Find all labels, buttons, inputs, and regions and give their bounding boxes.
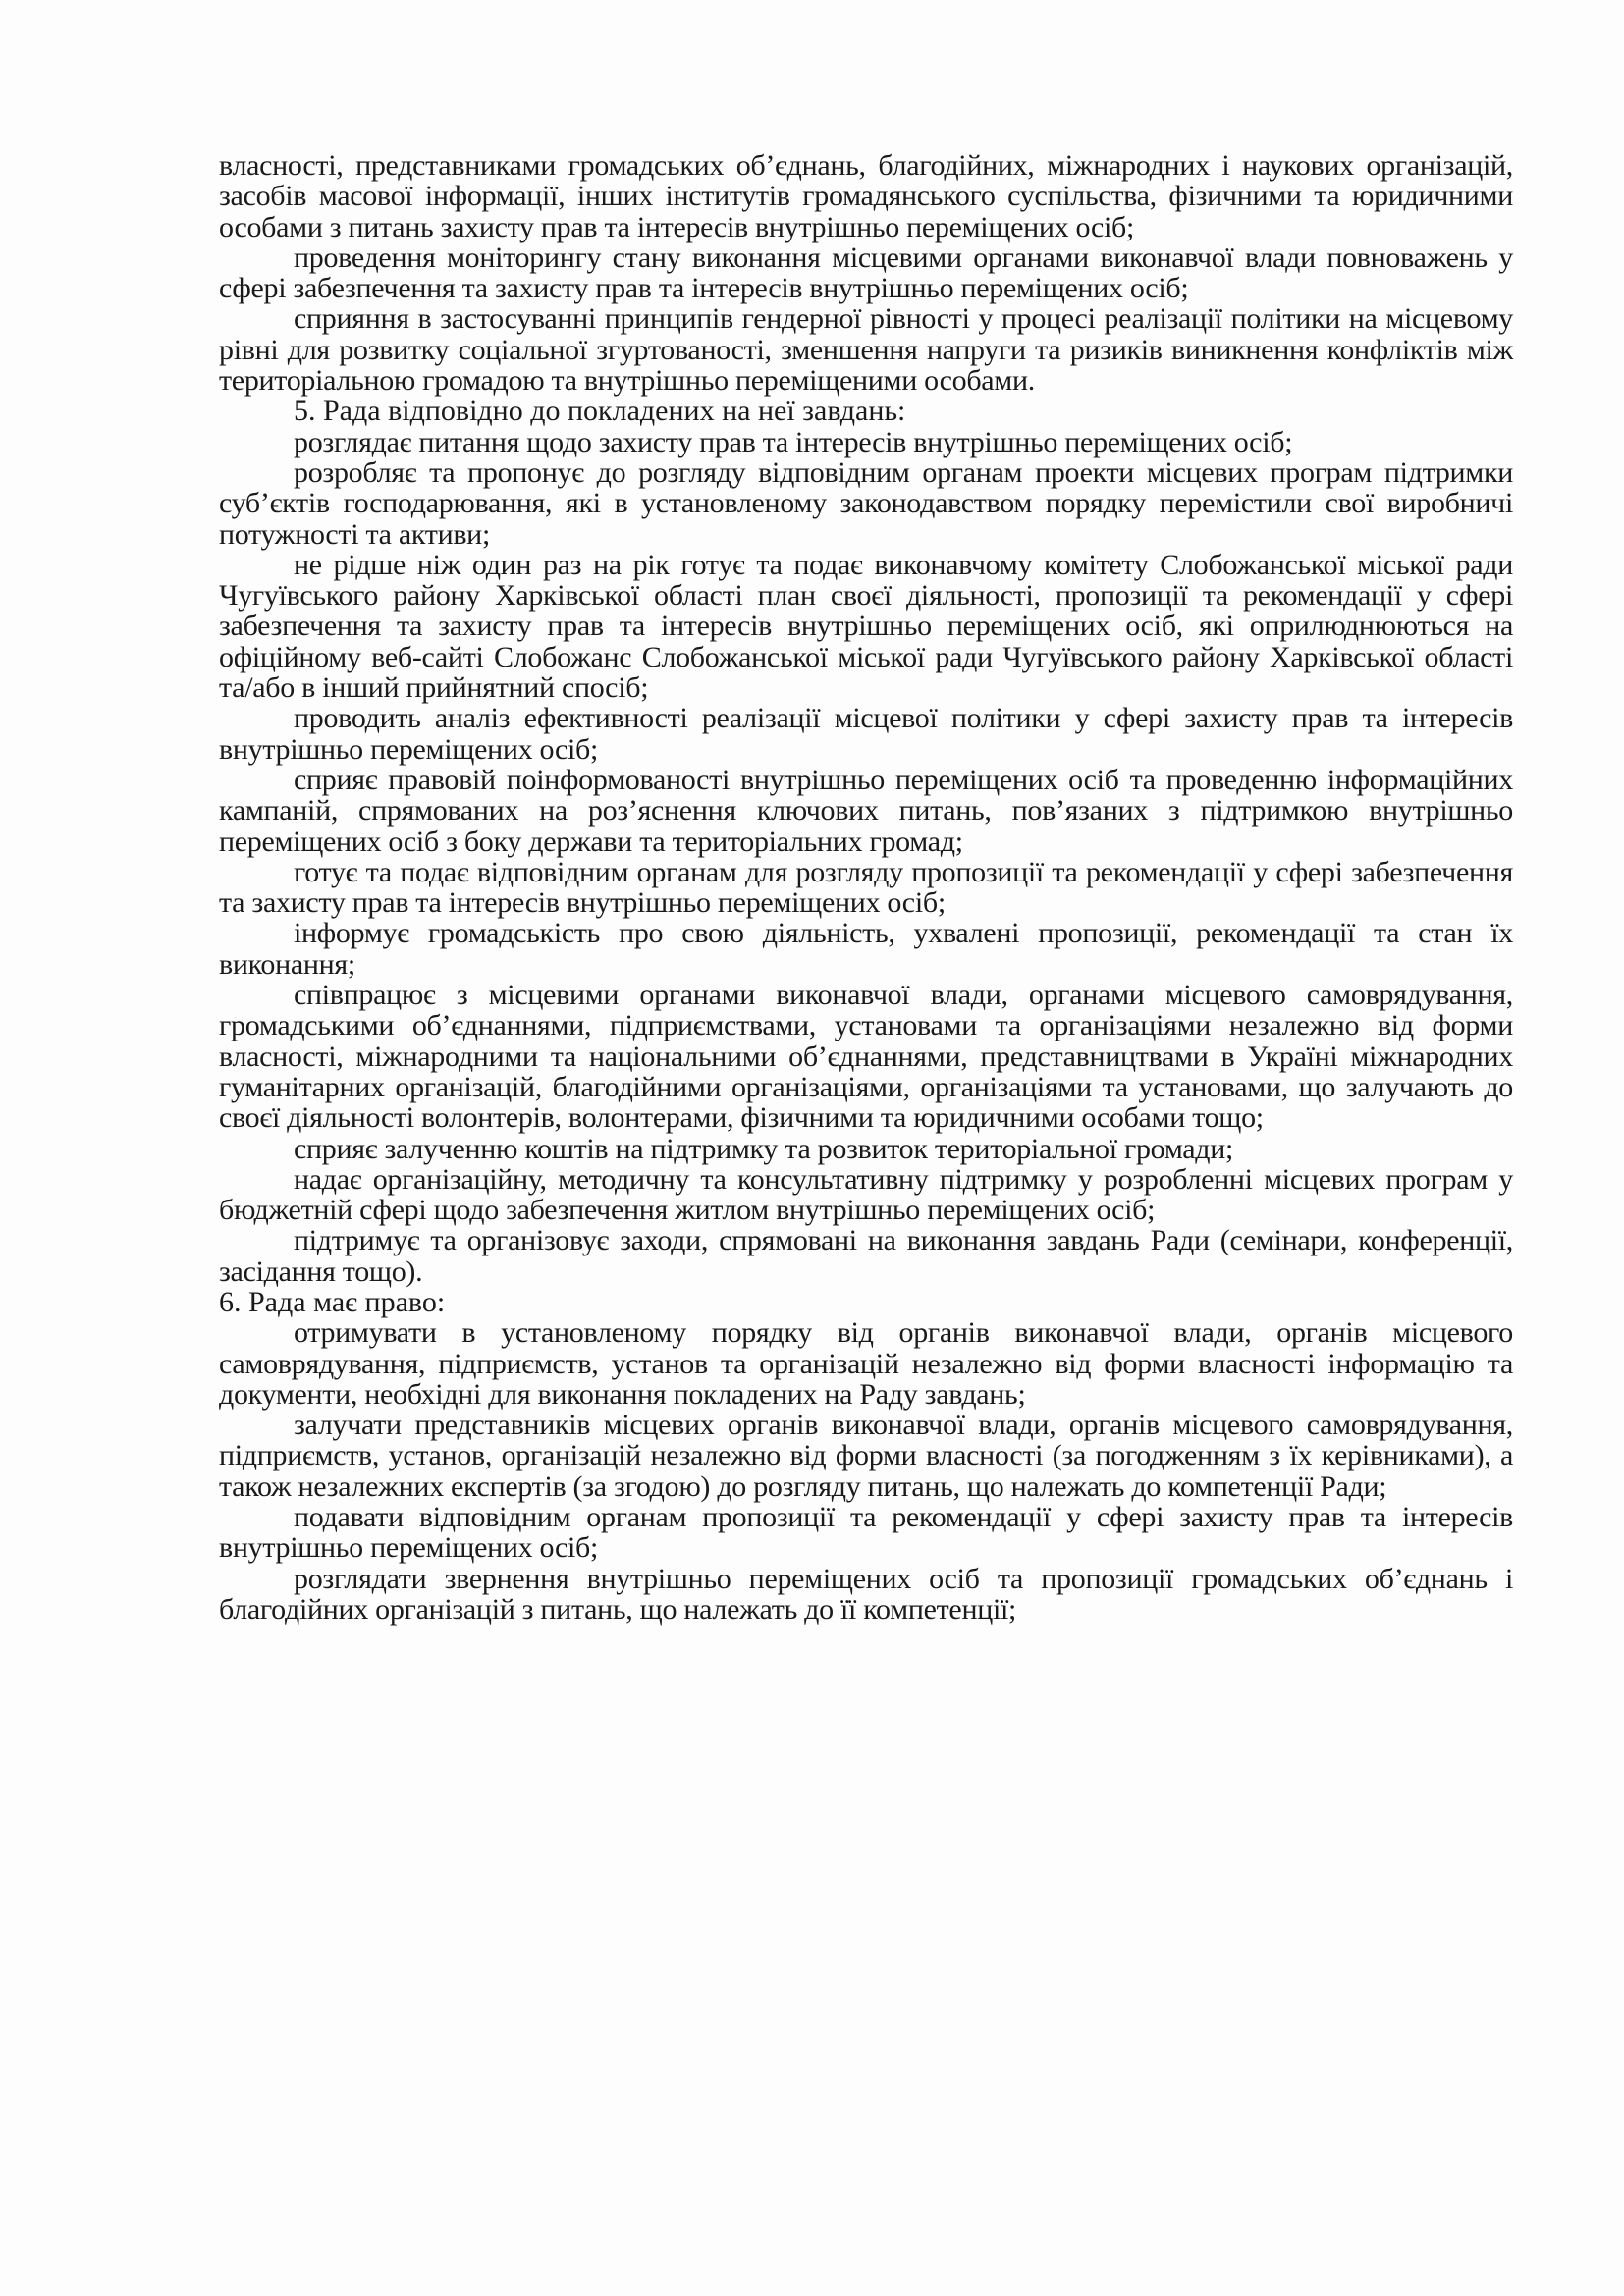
paragraph-5-2: розробляє та пропонує до розгляду відпов… (219, 457, 1513, 550)
paragraph-5-9: сприяє залученню коштів на підтримку та … (219, 1134, 1513, 1164)
paragraph-6-3: подавати відповідним органам пропозиції … (219, 1502, 1513, 1564)
paragraph-gender-equality: сприяння в застосуванні принципів гендер… (219, 303, 1513, 396)
paragraph-5-3: не рідше ніж один раз на рік готує та по… (219, 550, 1513, 703)
paragraph-5-10: надає організаційну, методичну та консул… (219, 1164, 1513, 1226)
paragraph-5-6: готує та подає відповідним органам для р… (219, 857, 1513, 919)
paragraph-6-2: залучати представників місцевих органів … (219, 1410, 1513, 1502)
paragraph-5-4: проводить аналіз ефективності реалізації… (219, 703, 1513, 765)
section-6-heading: 6. Рада має право: (219, 1287, 1513, 1317)
paragraph-5-1: розглядає питання щодо захисту прав та і… (219, 427, 1513, 457)
paragraph-6-1: отримувати в установленому порядку від о… (219, 1317, 1513, 1410)
paragraph-monitoring: проведення моніторингу стану виконання м… (219, 242, 1513, 304)
paragraph-5-8: співпрацює з місцевими органами виконавч… (219, 980, 1513, 1133)
paragraph-continuation: власності, представниками громадських об… (219, 150, 1513, 242)
paragraph-5-11: підтримує та організовує заходи, спрямов… (219, 1225, 1513, 1287)
document-page: власності, представниками громадських об… (219, 150, 1513, 1625)
paragraph-5-7: інформує громадськість про свою діяльніс… (219, 918, 1513, 980)
paragraph-5-5: сприяє правовій поінформованості внутріш… (219, 765, 1513, 857)
paragraph-6-4: розглядати звернення внутрішньо переміще… (219, 1564, 1513, 1626)
section-5-heading: 5. Рада відповідно до покладених на неї … (219, 396, 1513, 426)
